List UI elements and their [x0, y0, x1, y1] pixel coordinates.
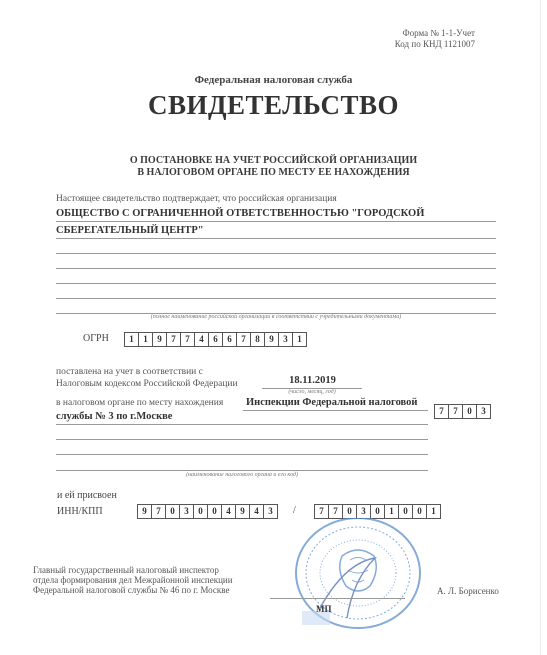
ogrn-digit: 8	[251, 333, 265, 346]
inn-digit: 0	[166, 505, 180, 518]
rule	[56, 298, 496, 299]
subtitle-line-1: О ПОСТАНОВКЕ НА УЧЕТ РОССИЙСКОЙ ОРГАНИЗА…	[0, 155, 547, 167]
registration-date: 18.11.2019	[265, 375, 360, 386]
rule	[56, 454, 428, 455]
stamp-label: МП	[316, 604, 332, 614]
inn-digit: 4	[250, 505, 264, 518]
inn-digit: 9	[236, 505, 250, 518]
subtitle-line-2: В НАЛОГОВОМ ОРГАНЕ ПО МЕСТУ ЕЕ НАХОЖДЕНИ…	[0, 167, 547, 179]
date-caption: (число, месяц, год)	[262, 389, 362, 395]
kpp-digit: 1	[385, 505, 399, 518]
signatory-position: Главный государственный налоговый инспек…	[33, 565, 233, 595]
ogrn-digit: 4	[195, 333, 209, 346]
organization-name-line-1: ОБЩЕСТВО С ОГРАНИЧЕННОЙ ОТВЕТСТВЕННОСТЬЮ…	[56, 205, 496, 222]
rule	[56, 238, 496, 239]
kpp-digit: 0	[371, 505, 385, 518]
organization-name-line-2: СБЕРЕГАТЕЛЬНЫЙ ЦЕНТР"	[56, 222, 496, 239]
inn-kpp-separator: /	[293, 505, 296, 516]
kpp-digit: 0	[413, 505, 427, 518]
authority-code-digit: 3	[477, 405, 490, 418]
form-number: Форма № 1-1-Учет	[395, 28, 475, 39]
authority-code-digit: 7	[449, 405, 463, 418]
ogrn-digit: 1	[293, 333, 306, 346]
ogrn-digit: 1	[139, 333, 153, 346]
rule	[56, 283, 496, 284]
inn-digit: 3	[180, 505, 194, 518]
inn-digit: 3	[264, 505, 277, 518]
authority-code-boxes: 7703	[434, 404, 491, 419]
rule	[56, 470, 428, 471]
document-subtitle: О ПОСТАНОВКЕ НА УЧЕТ РОССИЙСКОЙ ОРГАНИЗА…	[0, 155, 547, 179]
signatory-position-line-2: отдела формирования дел Межрайонной инсп…	[33, 575, 233, 585]
ogrn-digit: 6	[209, 333, 223, 346]
organization-name-caption: (полное наименование российской организа…	[56, 314, 496, 320]
rule	[56, 221, 496, 222]
registration-text-line-1: поставлена на учет в соответствии с	[56, 367, 203, 377]
ogrn-digit: 7	[181, 333, 195, 346]
kpp-digit: 1	[427, 505, 440, 518]
certificate-page: Форма № 1-1-Учет Код по КНД 1121007 Феде…	[0, 0, 547, 655]
inn-digit: 7	[152, 505, 166, 518]
kpp-digit: 7	[315, 505, 329, 518]
inn-digit: 9	[138, 505, 152, 518]
signatory-name: А. Л. Борисенко	[437, 586, 499, 596]
assigned-text: и ей присвоен	[57, 490, 117, 501]
rule	[56, 424, 428, 425]
form-number-block: Форма № 1-1-Учет Код по КНД 1121007	[395, 28, 475, 50]
official-stamp-icon	[280, 518, 425, 633]
ogrn-digit: 7	[167, 333, 181, 346]
rule	[243, 410, 428, 411]
document-title: СВИДЕТЕЛЬСТВО	[0, 90, 547, 121]
inn-digit-boxes: 9703004943	[137, 504, 278, 519]
signatory-position-line-1: Главный государственный налоговый инспек…	[33, 565, 233, 575]
ogrn-digit: 1	[125, 333, 139, 346]
inn-digit: 0	[208, 505, 222, 518]
inn-kpp-label: ИНН/КПП	[57, 506, 103, 517]
rule	[56, 268, 496, 269]
organization-intro: Настоящее свидетельство подтверждает, чт…	[56, 194, 337, 204]
ogrn-digit: 7	[237, 333, 251, 346]
kpp-digit: 0	[343, 505, 357, 518]
kpp-digit: 0	[399, 505, 413, 518]
authority-code-digit: 0	[463, 405, 477, 418]
rule	[56, 439, 428, 440]
kpp-digit: 3	[357, 505, 371, 518]
ogrn-digit: 9	[153, 333, 167, 346]
authority-intro: в налоговом органе по месту нахождения	[56, 398, 223, 408]
inn-digit: 0	[194, 505, 208, 518]
authority-caption: (наименование налогового органа и его ко…	[56, 472, 428, 478]
ogrn-label: ОГРН	[83, 333, 109, 344]
knd-code: Код по КНД 1121007	[395, 39, 475, 50]
authority-name-line-1: Инспекции Федеральной налоговой	[246, 397, 417, 408]
rule	[56, 253, 496, 254]
ogrn-digit: 6	[223, 333, 237, 346]
ogrn-digit-boxes: 1197746678931	[124, 332, 307, 347]
authority-code-digit: 7	[435, 405, 449, 418]
organization-name: ОБЩЕСТВО С ОГРАНИЧЕННОЙ ОТВЕТСТВЕННОСТЬЮ…	[56, 205, 496, 239]
signatory-position-line-3: Федеральной налоговой службы № 46 по г. …	[33, 585, 233, 595]
kpp-digit: 7	[329, 505, 343, 518]
authority-name-line-2: службы № 3 по г.Москве	[56, 411, 172, 422]
ogrn-digit: 3	[279, 333, 293, 346]
registration-text-line-2: Налоговым кодексом Российской Федерации	[56, 379, 238, 389]
ogrn-digit: 9	[265, 333, 279, 346]
kpp-digit-boxes: 770301001	[314, 504, 441, 519]
inn-digit: 4	[222, 505, 236, 518]
signature-line	[270, 598, 405, 599]
agency-name: Федеральная налоговая служба	[0, 74, 547, 86]
